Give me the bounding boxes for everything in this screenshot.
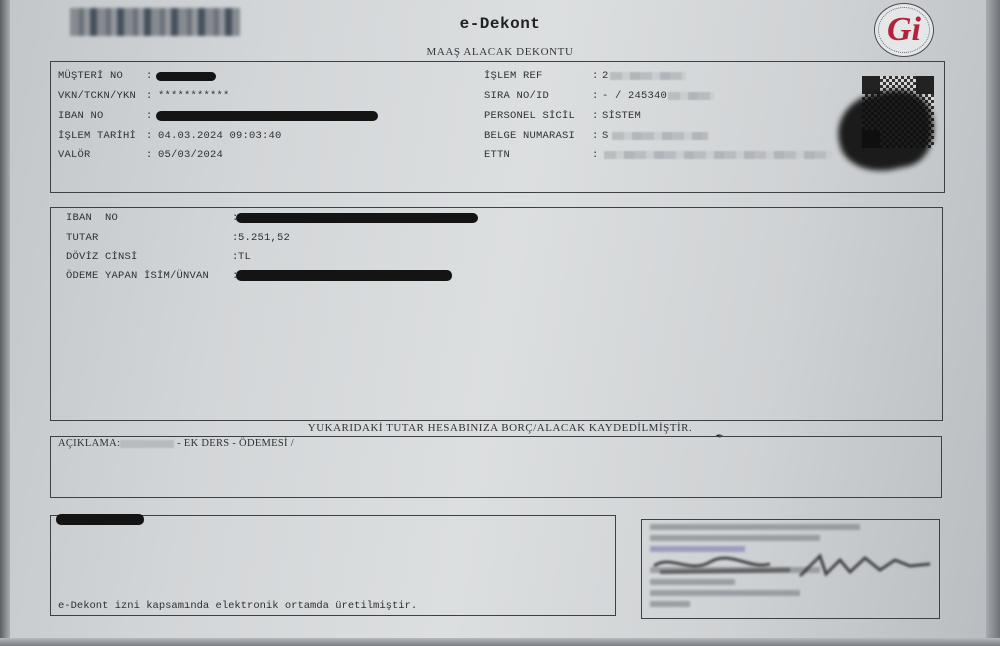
payment-details-box bbox=[50, 207, 943, 421]
value: *********** bbox=[158, 90, 230, 102]
value: 2 bbox=[602, 70, 609, 82]
value: 04.03.2024 09:03:40 bbox=[158, 130, 282, 142]
label: SIRA NO/ID bbox=[484, 90, 549, 102]
label: İŞLEM REF bbox=[484, 70, 543, 82]
colon: : bbox=[592, 130, 599, 142]
currency-value: TL bbox=[238, 251, 251, 263]
redacted-value bbox=[156, 72, 216, 81]
redacted-value bbox=[236, 213, 478, 223]
label: ETTN bbox=[484, 149, 510, 161]
booking-notice: YUKARIDAKİ TUTAR HESABINIZA BORÇ/ALACAK … bbox=[0, 422, 1000, 434]
label: IBAN NO bbox=[66, 212, 118, 224]
photo-edge-left bbox=[0, 0, 10, 646]
blurred-value bbox=[668, 92, 714, 100]
blurred-bank-line bbox=[650, 601, 690, 607]
colon: : bbox=[592, 90, 599, 102]
e-dekont-notice: e-Dekont izni kapsamında elektronik orta… bbox=[58, 600, 417, 612]
seal-ring bbox=[878, 7, 930, 53]
blurred-bank-line bbox=[650, 524, 860, 530]
value: S bbox=[602, 130, 609, 142]
colon: : bbox=[146, 90, 153, 102]
gib-seal-icon: Gi bbox=[874, 3, 934, 57]
label: İŞLEM TARİHİ bbox=[58, 130, 136, 142]
document-title: e-Dekont bbox=[0, 15, 1000, 33]
colon: : bbox=[592, 149, 599, 161]
redacted-recipient-name bbox=[56, 514, 144, 525]
label: DÖVİZ CİNSİ bbox=[66, 251, 138, 263]
label: BELGE NUMARASI bbox=[484, 130, 575, 142]
value: SİSTEM bbox=[602, 110, 641, 122]
value: - / 245340 bbox=[602, 90, 667, 102]
amount-value: 5.251,52 bbox=[238, 232, 290, 244]
colon: : bbox=[146, 149, 153, 161]
blurred-value bbox=[610, 72, 686, 80]
label: ÖDEME YAPAN İSİM/ÜNVAN bbox=[66, 270, 209, 282]
photo-edge-bottom bbox=[0, 638, 1000, 646]
colon: : bbox=[146, 70, 153, 82]
label: VKN/TCKN/YKN bbox=[58, 90, 136, 102]
label: PERSONEL SİCİL bbox=[484, 110, 575, 122]
blurred-value bbox=[120, 440, 174, 448]
label: TUTAR bbox=[66, 232, 99, 244]
label: VALÖR bbox=[58, 149, 91, 161]
description-label: AÇIKLAMA: bbox=[58, 438, 120, 449]
description-value: - EK DERS - ÖDEMESİ / bbox=[174, 438, 294, 449]
label: IBAN NO bbox=[58, 110, 104, 122]
value: 05/03/2024 bbox=[158, 149, 223, 161]
colon: : bbox=[592, 110, 599, 122]
blurred-value bbox=[612, 132, 708, 140]
redacted-value bbox=[156, 111, 378, 121]
photo-edge-right bbox=[986, 0, 1000, 646]
label: MÜŞTERİ NO bbox=[58, 70, 123, 82]
colon: : bbox=[146, 110, 153, 122]
blurred-bank-line bbox=[650, 535, 820, 541]
signature-icon bbox=[650, 548, 935, 584]
document-subtitle: MAAŞ ALACAK DEKONTU bbox=[0, 46, 1000, 58]
blurred-bank-line bbox=[650, 590, 800, 596]
description-line: AÇIKLAMA: - EK DERS - ÖDEMESİ / bbox=[58, 438, 294, 449]
redacted-value bbox=[236, 270, 452, 281]
blurred-value bbox=[604, 151, 832, 159]
colon: : bbox=[146, 130, 153, 142]
colon: : bbox=[592, 70, 599, 82]
